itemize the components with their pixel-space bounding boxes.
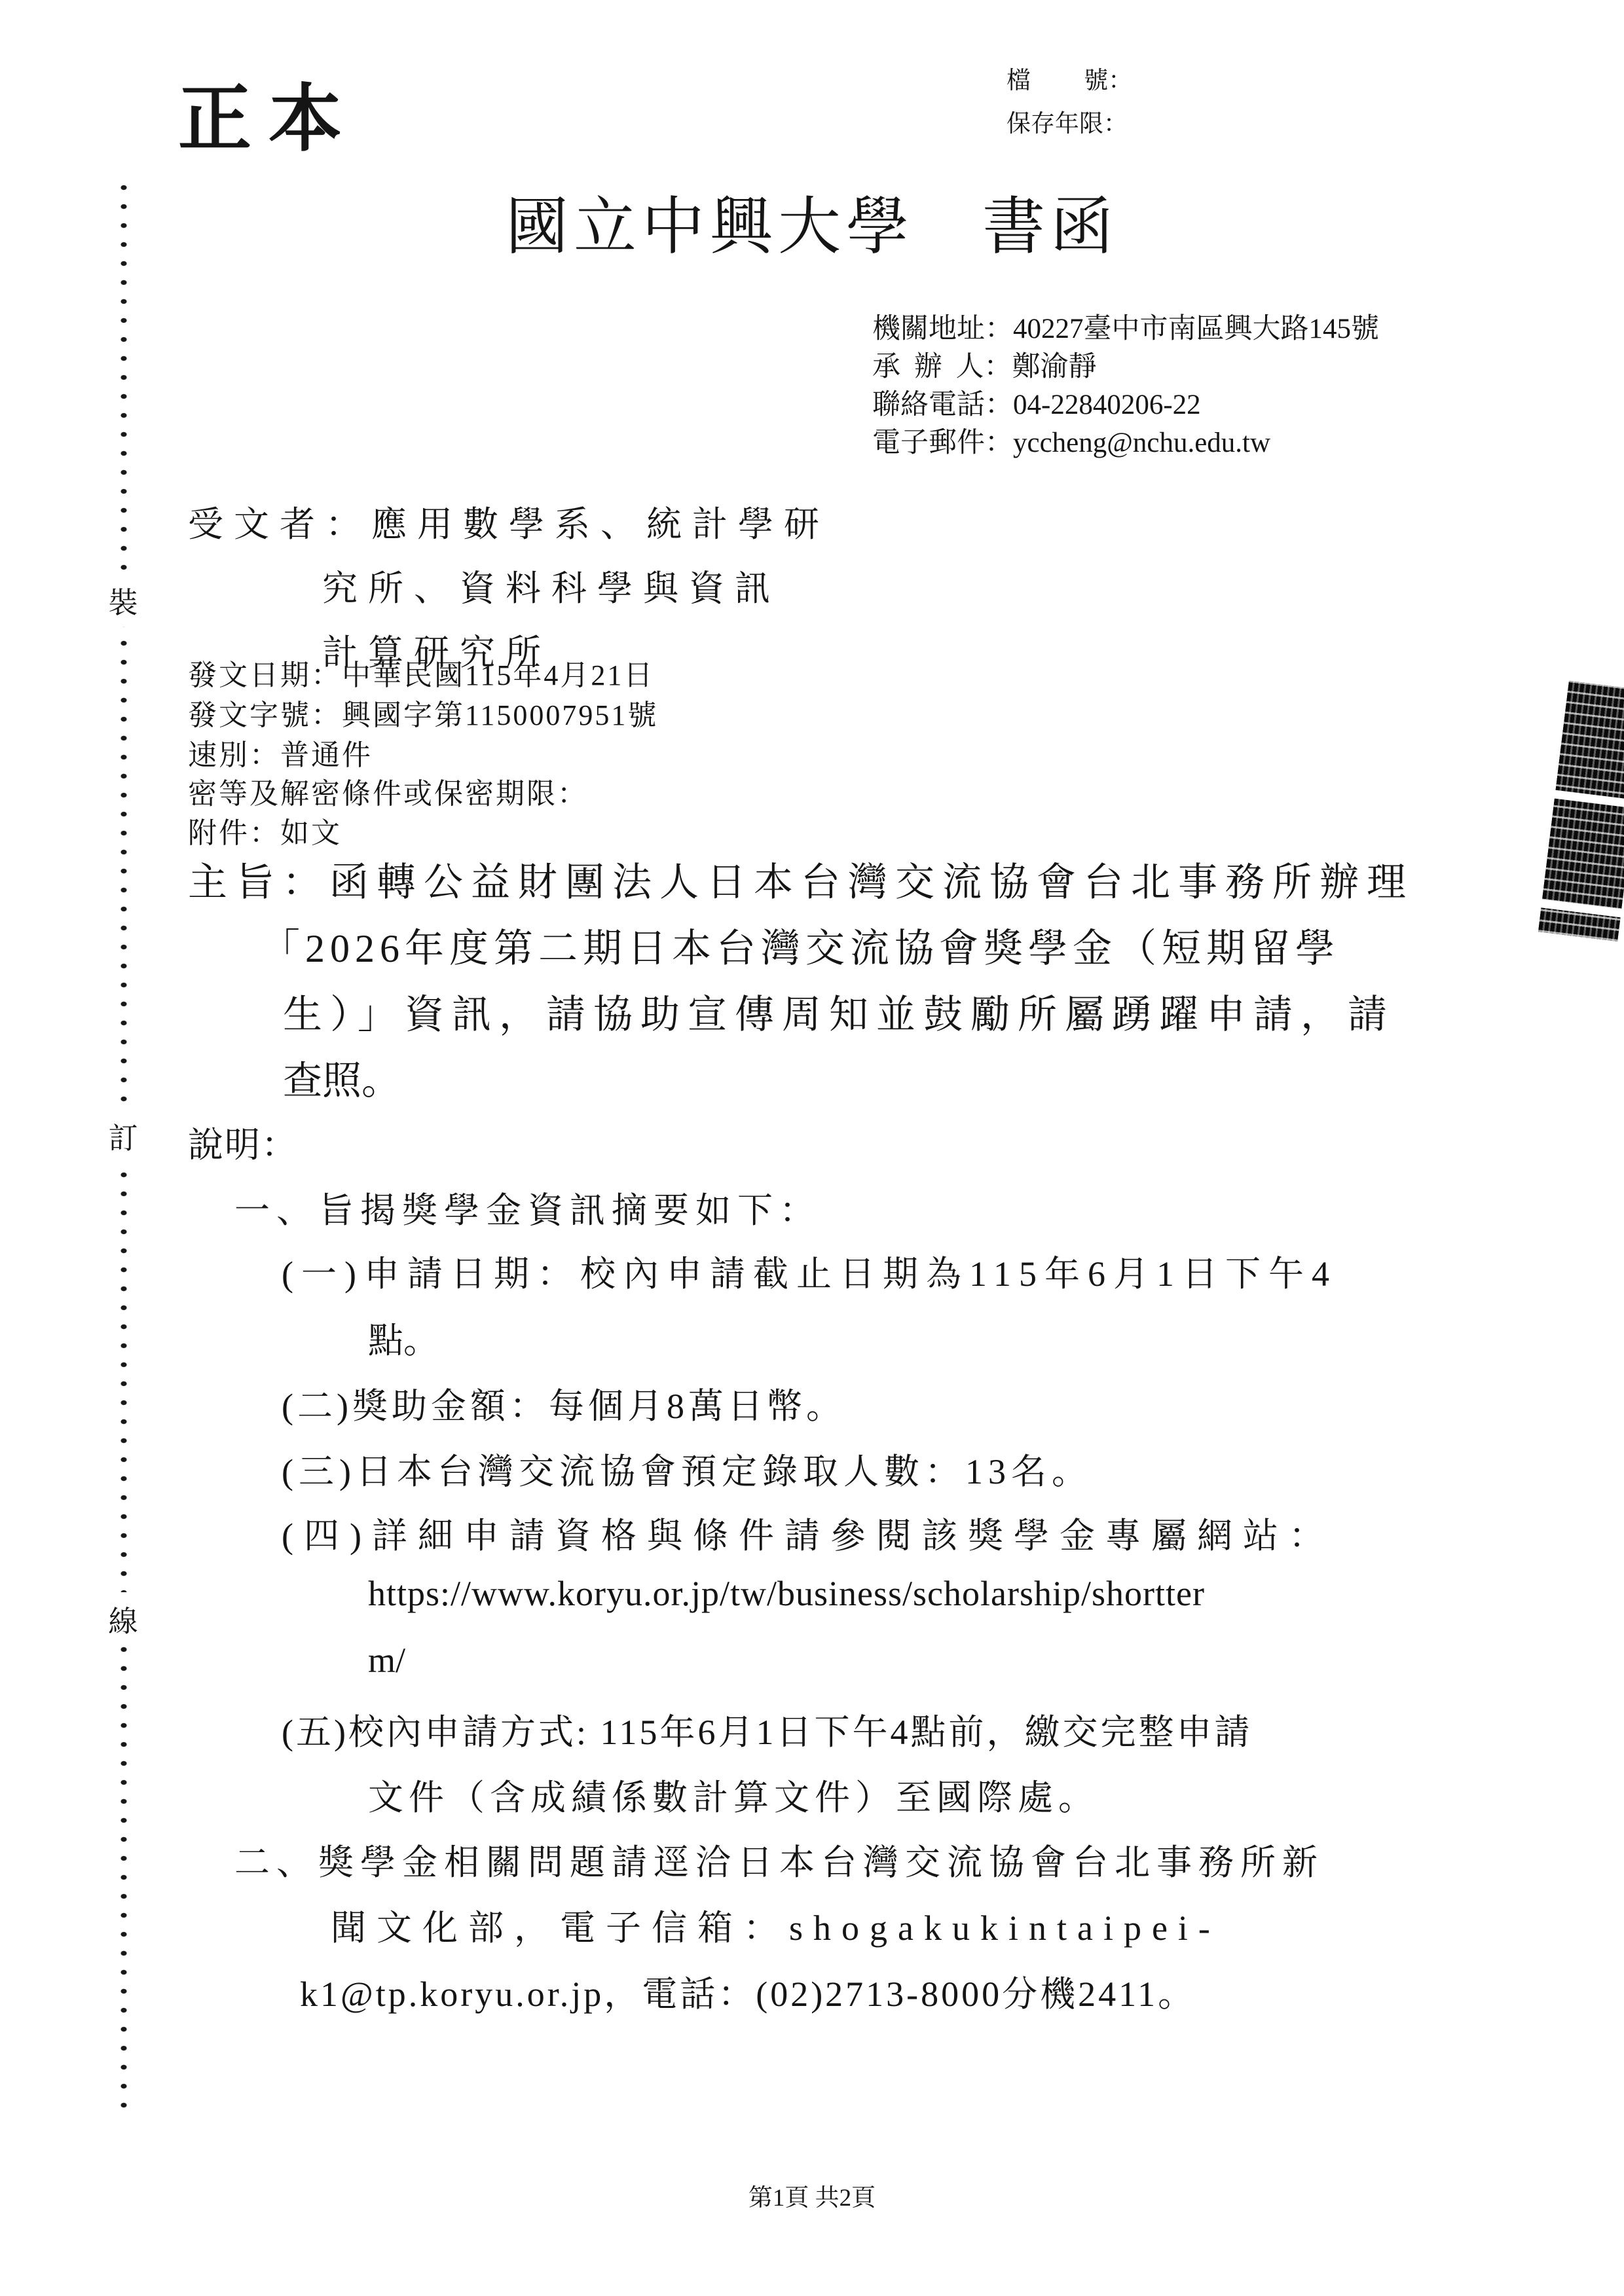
sender-address: 機關地址：40227臺中市南區興大路145號 — [872, 306, 1379, 346]
subject-line: 查照。 — [283, 1049, 401, 1106]
description-subitem: (一)申請日期：校內申請截止日期為115年6月1日下午4 — [282, 1246, 1337, 1296]
document-number: 發文字號：興國字第1150007951號 — [188, 691, 658, 733]
stamp-row-gap — [1538, 899, 1624, 918]
sender-email: 電子郵件：yccheng@nchu.edu.tw — [872, 420, 1270, 460]
security-class: 密等及解密條件或保密期限： — [188, 770, 588, 812]
description-subitem: (三)日本台灣交流協會預定錄取人數：13名。 — [282, 1444, 1092, 1494]
sender-contact-person: 承 辦 人：鄭渝靜 — [872, 344, 1097, 384]
binding-char-zhuang: 裝 — [102, 574, 144, 627]
description-subitem: 文件（含成績係數計算文件）至國際處。 — [368, 1770, 1099, 1820]
description-heading: 說明： — [188, 1117, 298, 1167]
subject-line: 主旨：函轉公益財團法人日本台灣交流協會台北事務所辦理 — [188, 851, 1414, 907]
description-subitem: 點。 — [368, 1313, 439, 1363]
stamp-row-gap — [1552, 790, 1624, 809]
contact-phone-line: k1@tp.koryu.or.jp，電話：(02)2713-8000分機2411… — [300, 1966, 1196, 2016]
page-number: 第1頁 共2頁 — [0, 2178, 1624, 2213]
description-subitem: (五)校內申請方式: 115年6月1日下午4點前，繳交完整申請 — [282, 1704, 1252, 1755]
description-item: 一、旨揭獎學金資訊摘要如下： — [234, 1182, 821, 1233]
sender-phone: 聯絡電話：04-22840206-22 — [872, 382, 1201, 422]
description-subitem: (四)詳細申請資格與條件請參閱該獎學金專屬網站： — [282, 1508, 1335, 1558]
issue-date: 發文日期：中華民國115年4月21日 — [188, 651, 654, 693]
file-number-label: 檔 號： — [1006, 60, 1132, 96]
speed-class: 速別：普通件 — [188, 731, 373, 773]
description-subitem: (二)獎助金額：每個月8萬日幣。 — [282, 1378, 845, 1429]
scholarship-url: m/ — [368, 1640, 405, 1681]
binding-char-ding: 訂 — [102, 1109, 144, 1162]
document-title: 國立中興大學 書函 — [0, 177, 1624, 266]
binding-char-xian: 線 — [102, 1592, 144, 1645]
recipient-line: 究所、資料科學與資訊 — [322, 560, 781, 611]
subject-line: 「2026年度第二期日本台灣交流協會獎學金（短期留學 — [261, 917, 1340, 974]
description-item: 二、獎學金相關問題請逕洽日本台灣交流協會台北事務所新 — [234, 1834, 1324, 1885]
retention-period-label: 保存年限： — [1006, 103, 1128, 139]
copy-type-label: 正本 — [178, 60, 359, 166]
scholarship-url: https://www.koryu.or.jp/tw/business/scho… — [368, 1573, 1205, 1614]
subject-line: 生）」資訊，請協助宣傳周知並鼓勵所屬踴躍申請，請 — [283, 983, 1395, 1040]
attachment-note: 附件：如文 — [188, 809, 342, 851]
recipient-line: 受文者：應用數學系、統計學研 — [188, 496, 830, 547]
document-page: { "page": { "copy_label": "正本", "title":… — [0, 0, 1624, 2296]
received-date-stamp — [1538, 681, 1624, 941]
contact-email-line: 聞文化部，電子信箱：shogakukintaipei- — [331, 1900, 1221, 1950]
